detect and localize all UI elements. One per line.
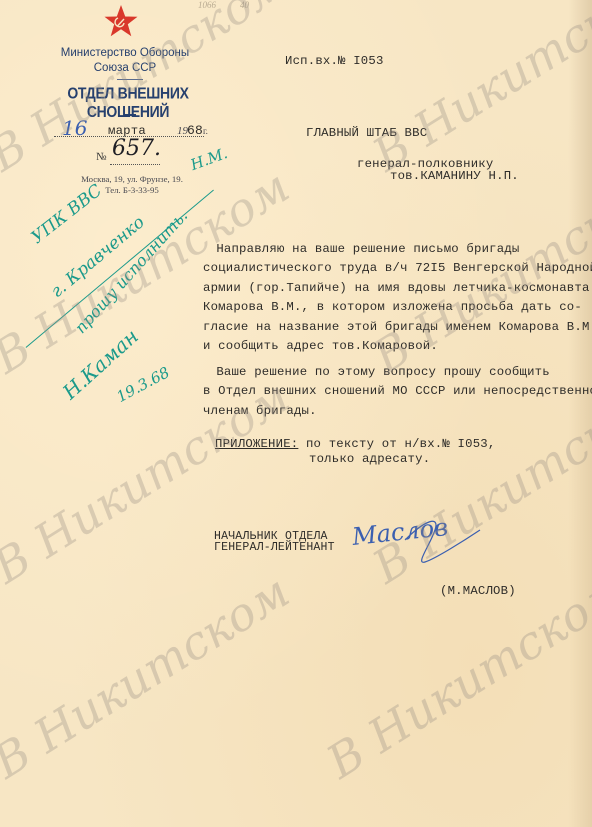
body-line: Ваше решение по этому вопросу прошу сооб… [186,363,592,382]
signer-rank: ГЕНЕРАЛ-ЛЕЙТЕНАНТ [214,542,335,553]
divider [124,114,136,116]
body-line: и сообщить адрес тов.Комаровой. [203,337,592,356]
date-year-suffix: 68 [187,123,203,138]
date-year-mark: г. [203,126,208,136]
signer-name: (М.МАСЛОВ) [440,584,516,598]
body-line: гласие на название этой бригады именем К… [203,318,592,337]
number-value: 657. [112,136,161,161]
addressee-name: тов.КАМАНИНУ Н.П. [390,169,519,183]
appendix: ПРИЛОЖЕНИЕ: по тексту от н/вх.№ I053, то… [215,436,495,467]
resolution-date: 19.3.68 [114,363,173,406]
appendix-label: ПРИЛОЖЕНИЕ: [215,437,298,451]
letterhead-address: Москва, 19, ул. Фрунзе, 19. [62,174,202,184]
body-line: социалистического труда в/ч 72I5 Венгерс… [203,259,592,278]
divider [117,79,143,80]
body-line: армии (гор.Тапийче) на имя вдовы летчика… [203,279,592,298]
body-line: Направляю на ваше решение письмо бригады [186,240,592,259]
incoming-reference: Исп.вх.№ I053 [285,54,384,68]
archive-pencil-mark: 40 [240,0,249,10]
body-line: членам бригады. [203,402,592,421]
signature-block: НАЧАЛЬНИК ОТДЕЛА ГЕНЕРАЛ-ЛЕЙТЕНАНТ [214,531,335,553]
red-star-hammer-sickle-icon [103,4,139,38]
signature-flourish [395,510,485,570]
ministry-name-line1: Министерство Обороны [60,47,190,59]
date-day: 16 [62,116,87,140]
appendix-text: по тексту от н/вх.№ I053, [298,437,495,451]
number-label: № [96,151,107,163]
body-paragraph-1: Направляю на ваше решение письмо бригады… [186,240,592,356]
body-paragraph-2: Ваше решение по этому вопросу прошу сооб… [186,363,592,421]
ministry-name-line2: Союза ССР [60,62,190,74]
addressee-organization: ГЛАВНЫЙ ШТАБ ВВС [306,126,427,140]
body-line: Комарова В.М., в котором изложена просьб… [203,298,592,317]
watermark: В Никитском [363,0,592,182]
archive-pencil-mark: 1066 [198,0,216,10]
body-line: в Отдел внешних сношений МО СССР или неп… [203,382,592,401]
appendix-text-line2: только адресату. [309,452,495,467]
watermark: В Никитском [0,564,299,789]
